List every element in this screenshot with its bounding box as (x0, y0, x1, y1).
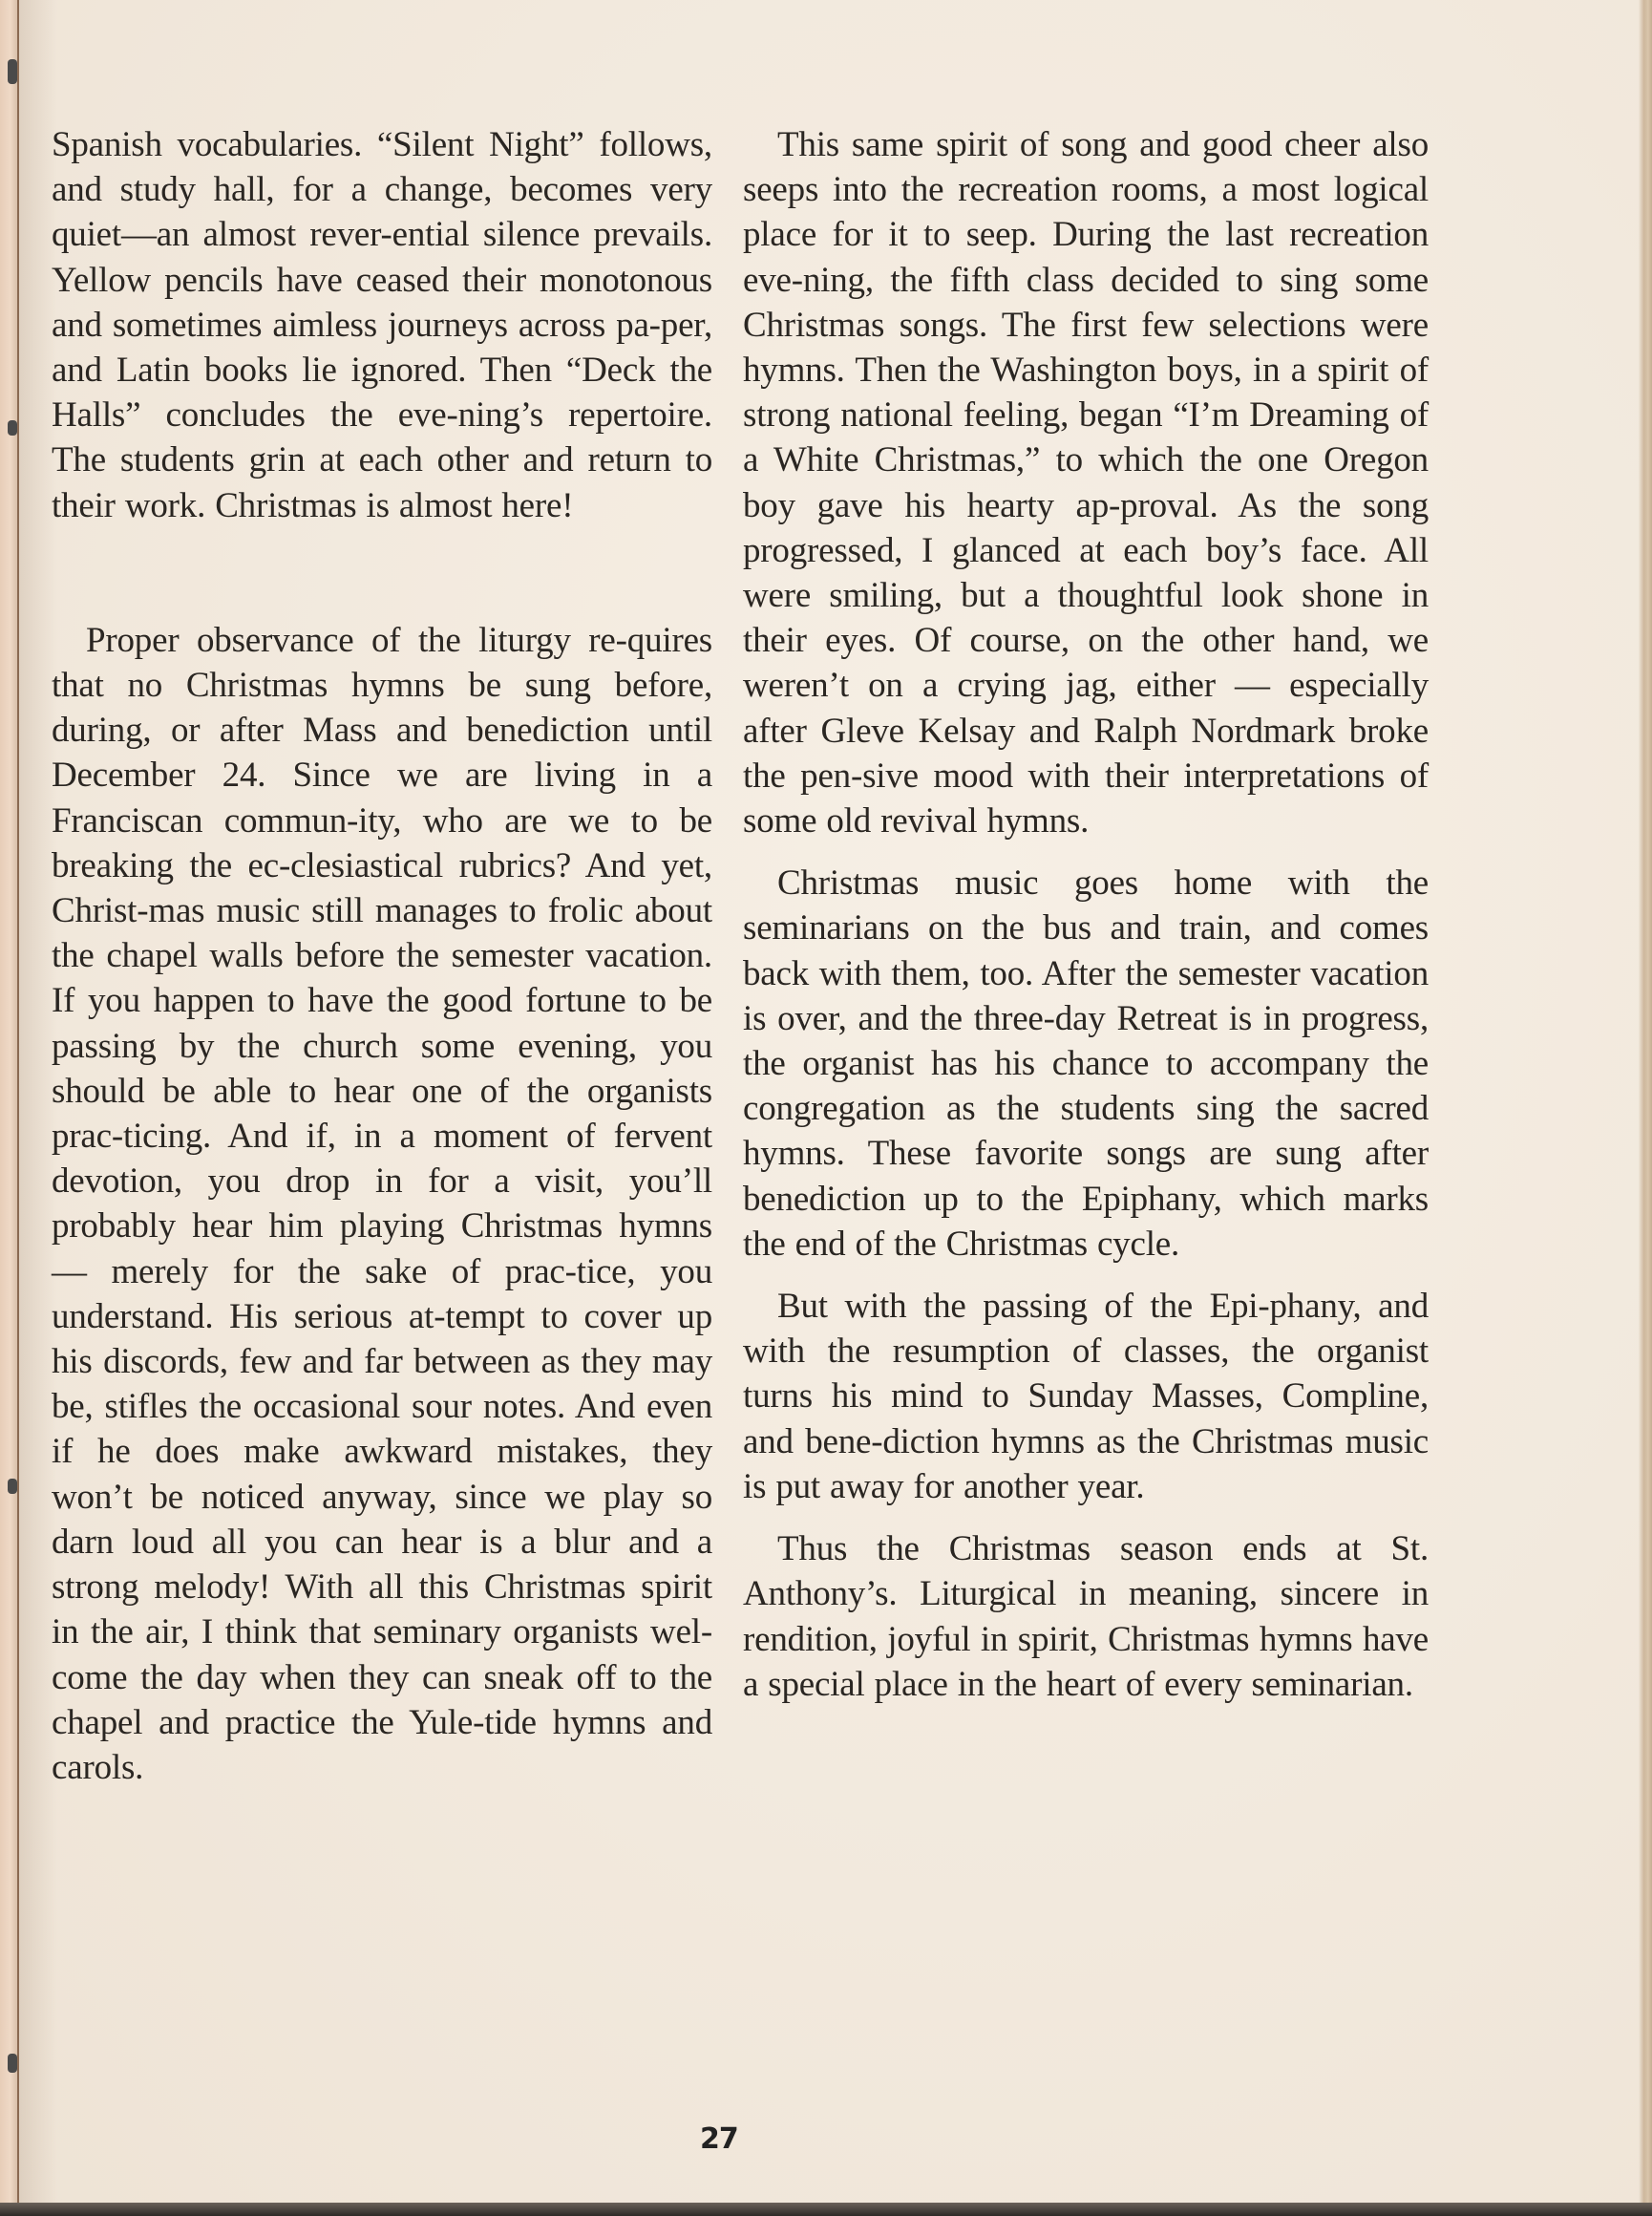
staple-mark-icon (8, 2054, 17, 2073)
right-column: This same spirit of song and good cheer … (743, 122, 1429, 1707)
paragraph: Thus the Christmas season ends at St. An… (743, 1526, 1429, 1707)
paragraph: Christmas music goes home with the semin… (743, 861, 1429, 1267)
paragraph: But with the passing of the Epi-phany, a… (743, 1284, 1429, 1509)
staple-mark-icon (8, 1479, 17, 1494)
paragraph: This same spirit of song and good cheer … (743, 122, 1429, 843)
binding-edge (0, 0, 19, 2216)
scan-bottom-edge (0, 2203, 1652, 2216)
paragraph: Spanish vocabularies. “Silent Night” fol… (52, 122, 712, 528)
left-column: Spanish vocabularies. “Silent Night” fol… (52, 122, 712, 1790)
paragraph: Proper observance of the liturgy re-quir… (52, 618, 712, 1790)
magazine-page: Spanish vocabularies. “Silent Night” fol… (0, 0, 1652, 2216)
page-number: 27 (700, 2122, 738, 2156)
page-stack-edge (1639, 0, 1652, 2216)
staple-mark-icon (8, 420, 17, 436)
staple-mark-icon (8, 59, 17, 84)
